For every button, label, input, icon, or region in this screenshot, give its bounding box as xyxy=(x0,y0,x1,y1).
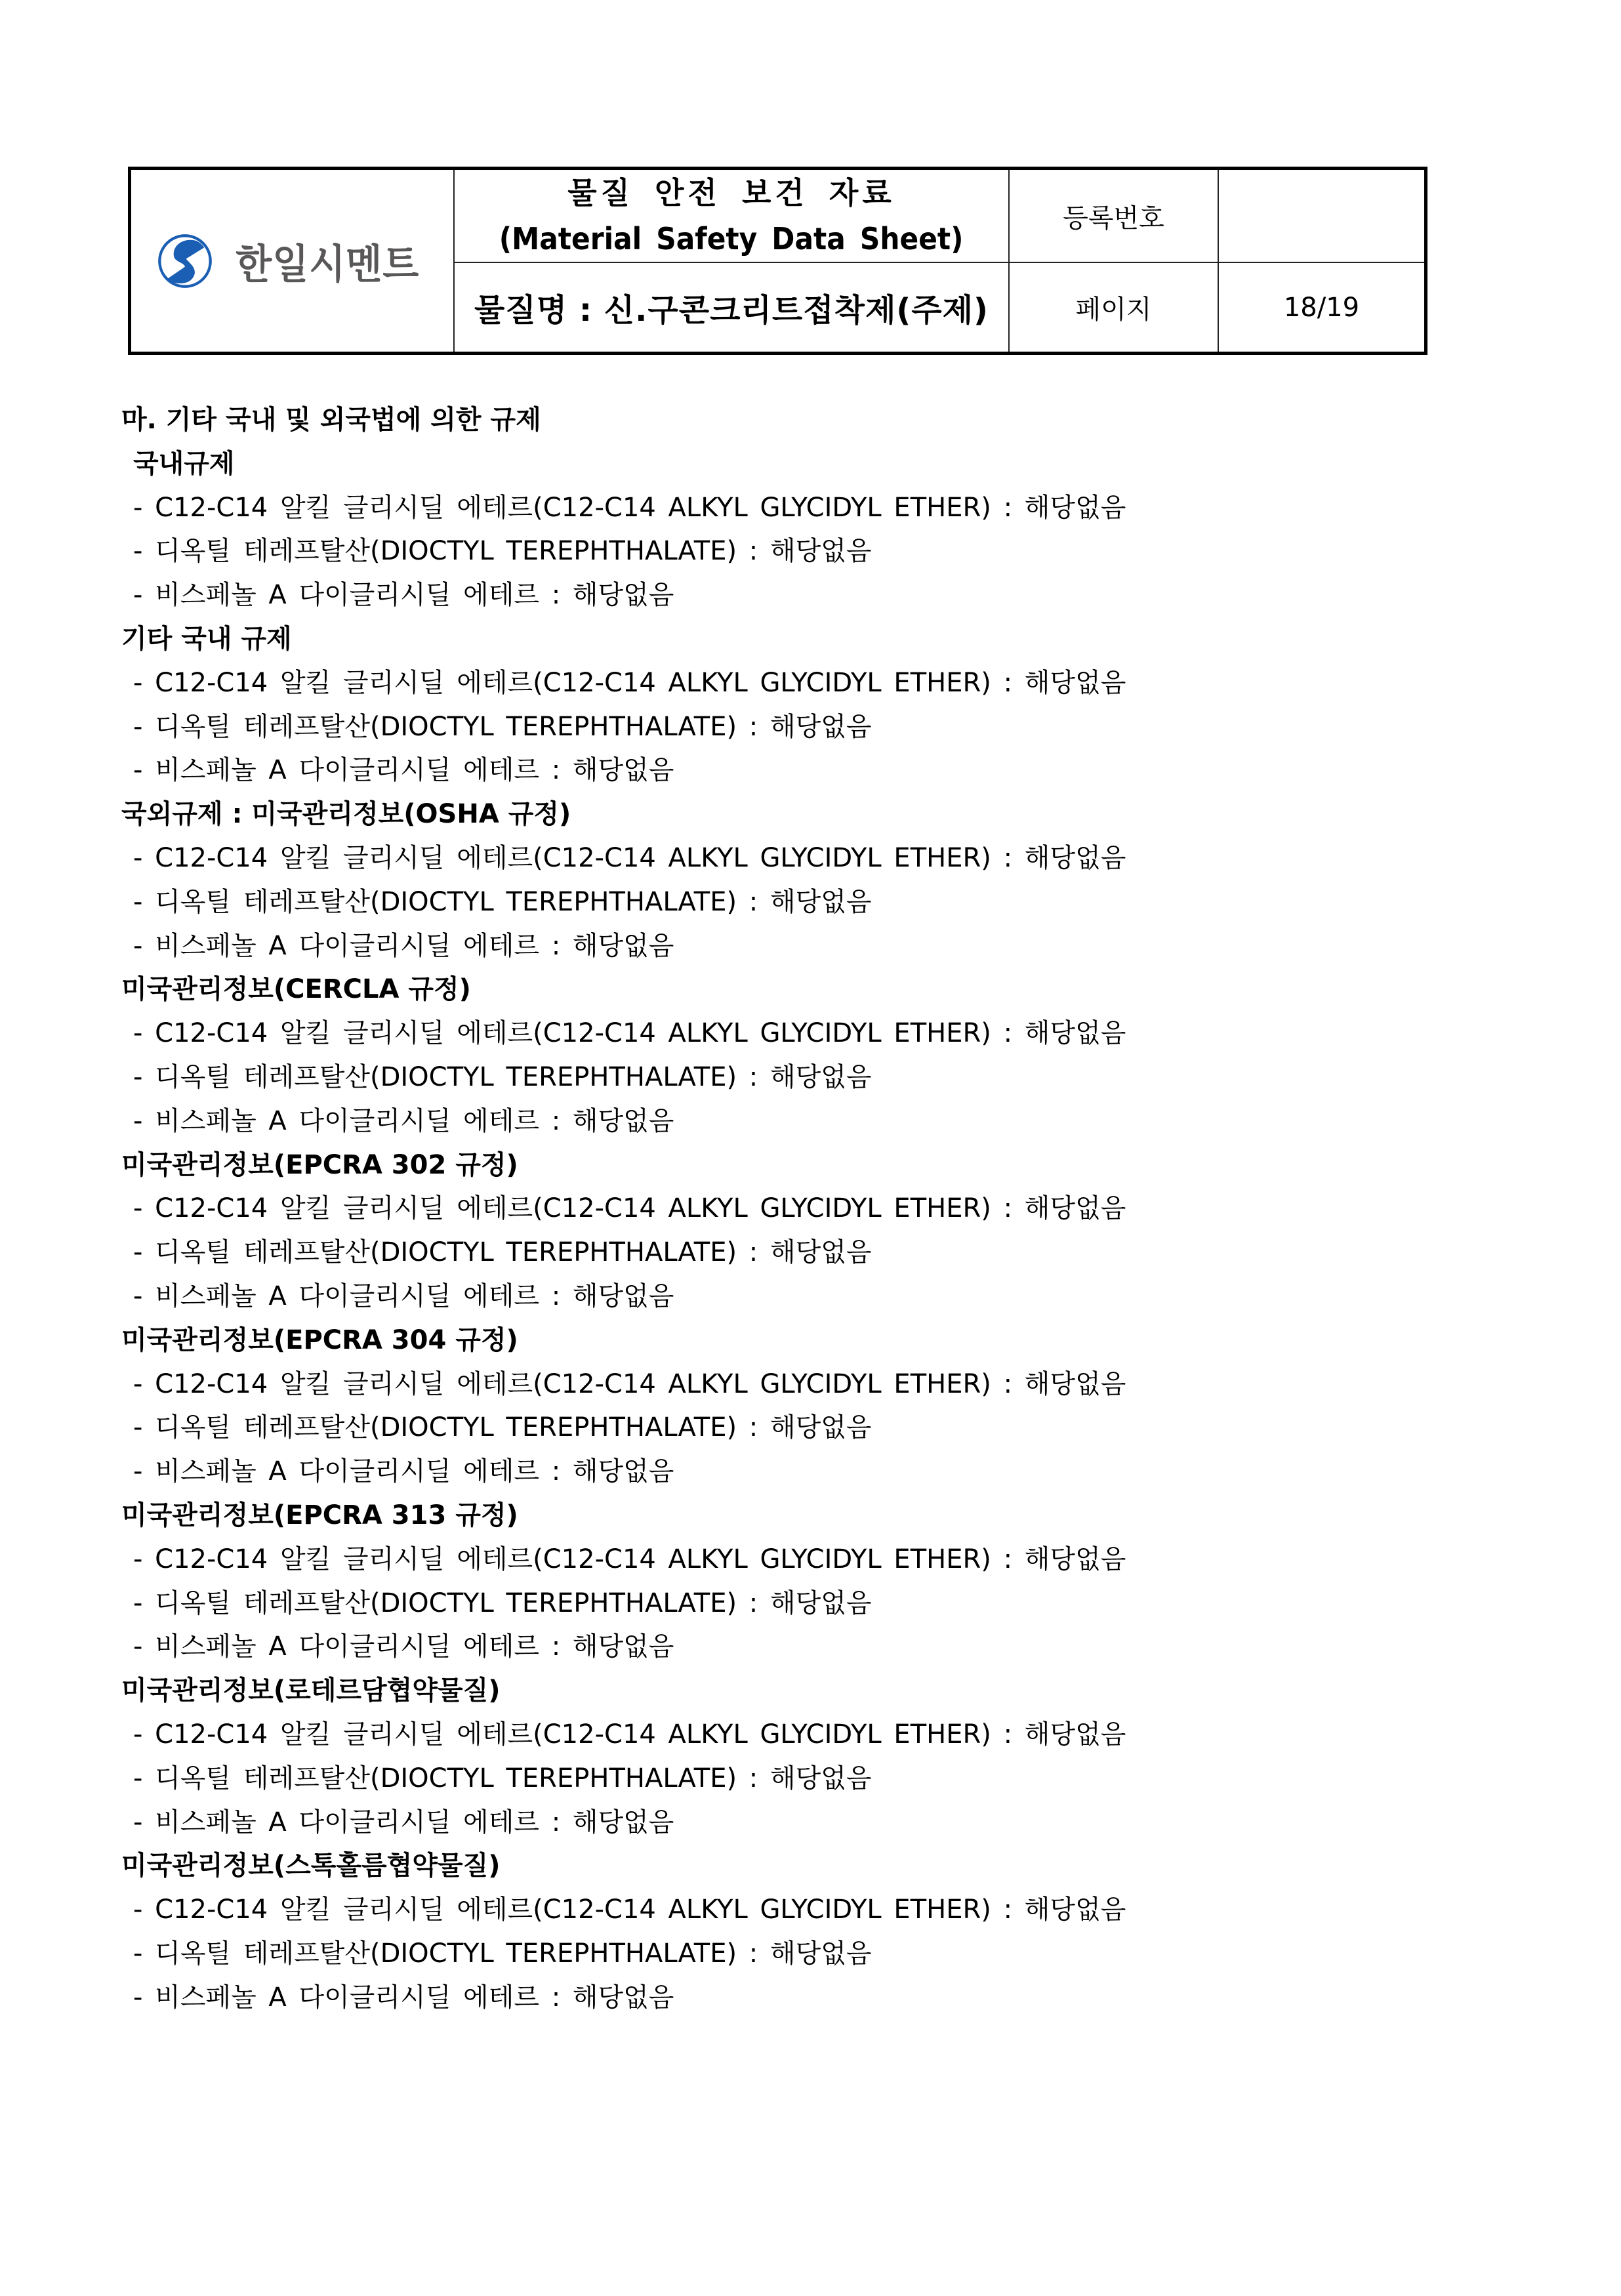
group-heading: 미국관리정보(로테르담협약물질) xyxy=(121,1669,1499,1713)
list-item: - 디옥틸 테레프탈산(DIOCTYL TEREPHTHALATE) : 해당없… xyxy=(121,1231,1499,1275)
list-item: - C12-C14 알킬 글리시딜 에테르(C12-C14 ALKYL GLYC… xyxy=(121,1187,1499,1231)
document-title: 물질 안전 보건 자료 (Material Safety Data Sheet) xyxy=(455,170,1008,262)
regulation-group-epcra-302: 미국관리정보(EPCRA 302 규정) - C12-C14 알킬 글리시딜 에… xyxy=(121,1143,1499,1319)
section-title: 마. 기타 국내 및 외국법에 의한 규제 xyxy=(121,398,1499,442)
list-item: - 디옥틸 테레프탈산(DIOCTYL TEREPHTHALATE) : 해당없… xyxy=(121,1056,1499,1099)
group-heading: 미국관리정보(스톡홀름협약물질) xyxy=(121,1844,1499,1888)
s-circle-logo-icon xyxy=(157,233,213,289)
company-logo: 한일시멘트 xyxy=(131,170,453,352)
regulation-group-cercla: 미국관리정보(CERCLA 규정) - C12-C14 알킬 글리시딜 에테르(… xyxy=(121,968,1499,1143)
group-heading: 기타 국내 규제 xyxy=(121,617,1499,661)
list-item: - 디옥틸 테레프탈산(DIOCTYL TEREPHTHALATE) : 해당없… xyxy=(121,1932,1499,1976)
registration-number-value xyxy=(1219,170,1424,262)
regulation-group-domestic: 국내규제 - C12-C14 알킬 글리시딜 에테르(C12-C14 ALKYL… xyxy=(121,442,1499,617)
regulation-group-epcra-313: 미국관리정보(EPCRA 313 규정) - C12-C14 알킬 글리시딜 에… xyxy=(121,1494,1499,1669)
list-item: - 비스페놀 A 다이글리시딜 에테르 : 해당없음 xyxy=(121,1801,1499,1845)
list-item: - 디옥틸 테레프탈산(DIOCTYL TEREPHTHALATE) : 해당없… xyxy=(121,1757,1499,1801)
list-item: - 디옥틸 테레프탈산(DIOCTYL TEREPHTHALATE) : 해당없… xyxy=(121,705,1499,749)
company-name: 한일시멘트 xyxy=(236,232,419,290)
registration-number-label: 등록번호 xyxy=(1010,170,1218,262)
regulations-section: 마. 기타 국내 및 외국법에 의한 규제 국내규제 - C12-C14 알킬 … xyxy=(121,398,1499,2019)
regulation-group-osha: 국외규제 : 미국관리정보(OSHA 규정) - C12-C14 알킬 글리시딜… xyxy=(121,792,1499,968)
list-item: - 디옥틸 테레프탈산(DIOCTYL TEREPHTHALATE) : 해당없… xyxy=(121,1406,1499,1450)
regulation-group-other-domestic: 기타 국내 규제 - C12-C14 알킬 글리시딜 에테르(C12-C14 A… xyxy=(121,617,1499,792)
list-item: - 비스페놀 A 다이글리시딜 에테르 : 해당없음 xyxy=(121,748,1499,792)
group-heading: 국외규제 : 미국관리정보(OSHA 규정) xyxy=(121,792,1499,836)
list-item: - 비스페놀 A 다이글리시딜 에테르 : 해당없음 xyxy=(121,924,1499,968)
page-number: 18/19 xyxy=(1219,263,1424,352)
list-item: - C12-C14 알킬 글리시딜 에테르(C12-C14 ALKYL GLYC… xyxy=(121,486,1499,530)
list-item: - C12-C14 알킬 글리시딜 에테르(C12-C14 ALKYL GLYC… xyxy=(121,1012,1499,1056)
group-heading: 미국관리정보(CERCLA 규정) xyxy=(121,968,1499,1012)
regulation-group-stockholm: 미국관리정보(스톡홀름협약물질) - C12-C14 알킬 글리시딜 에테르(C… xyxy=(121,1844,1499,2019)
list-item: - 비스페놀 A 다이글리시딜 에테르 : 해당없음 xyxy=(121,573,1499,617)
list-item: - C12-C14 알킬 글리시딜 에테르(C12-C14 ALKYL GLYC… xyxy=(121,1713,1499,1757)
msds-header-table: 한일시멘트 물질 안전 보건 자료 (Material Safety Data … xyxy=(128,167,1427,355)
list-item: - C12-C14 알킬 글리시딜 에테르(C12-C14 ALKYL GLYC… xyxy=(121,1888,1499,1932)
list-item: - 비스페놀 A 다이글리시딜 에테르 : 해당없음 xyxy=(121,1450,1499,1494)
product-name: 물질명 : 신.구콘크리트접착제(주제) xyxy=(455,263,1008,352)
group-heading: 국내규제 xyxy=(121,442,1499,486)
list-item: - C12-C14 알킬 글리시딜 에테르(C12-C14 ALKYL GLYC… xyxy=(121,1538,1499,1582)
list-item: - C12-C14 알킬 글리시딜 에테르(C12-C14 ALKYL GLYC… xyxy=(121,1363,1499,1406)
page-label: 페이지 xyxy=(1010,263,1218,352)
list-item: - 디옥틸 테레프탈산(DIOCTYL TEREPHTHALATE) : 해당없… xyxy=(121,1582,1499,1626)
list-item: - 비스페놀 A 다이글리시딜 에테르 : 해당없음 xyxy=(121,1625,1499,1669)
list-item: - C12-C14 알킬 글리시딜 에테르(C12-C14 ALKYL GLYC… xyxy=(121,836,1499,880)
list-item: - 비스페놀 A 다이글리시딜 에테르 : 해당없음 xyxy=(121,1976,1499,2020)
group-heading: 미국관리정보(EPCRA 302 규정) xyxy=(121,1143,1499,1187)
list-item: - 비스페놀 A 다이글리시딜 에테르 : 해당없음 xyxy=(121,1099,1499,1143)
regulation-group-rotterdam: 미국관리정보(로테르담협약물질) - C12-C14 알킬 글리시딜 에테르(C… xyxy=(121,1669,1499,1844)
list-item: - 디옥틸 테레프탈산(DIOCTYL TEREPHTHALATE) : 해당없… xyxy=(121,880,1499,924)
list-item: - C12-C14 알킬 글리시딜 에테르(C12-C14 ALKYL GLYC… xyxy=(121,661,1499,705)
title-korean: 물질 안전 보건 자료 xyxy=(567,170,895,216)
group-heading: 미국관리정보(EPCRA 313 규정) xyxy=(121,1494,1499,1538)
list-item: - 비스페놀 A 다이글리시딜 에테르 : 해당없음 xyxy=(121,1275,1499,1319)
title-english: (Material Safety Data Sheet) xyxy=(499,216,964,262)
list-item: - 디옥틸 테레프탈산(DIOCTYL TEREPHTHALATE) : 해당없… xyxy=(121,529,1499,573)
group-heading: 미국관리정보(EPCRA 304 규정) xyxy=(121,1319,1499,1363)
regulation-group-epcra-304: 미국관리정보(EPCRA 304 규정) - C12-C14 알킬 글리시딜 에… xyxy=(121,1319,1499,1494)
